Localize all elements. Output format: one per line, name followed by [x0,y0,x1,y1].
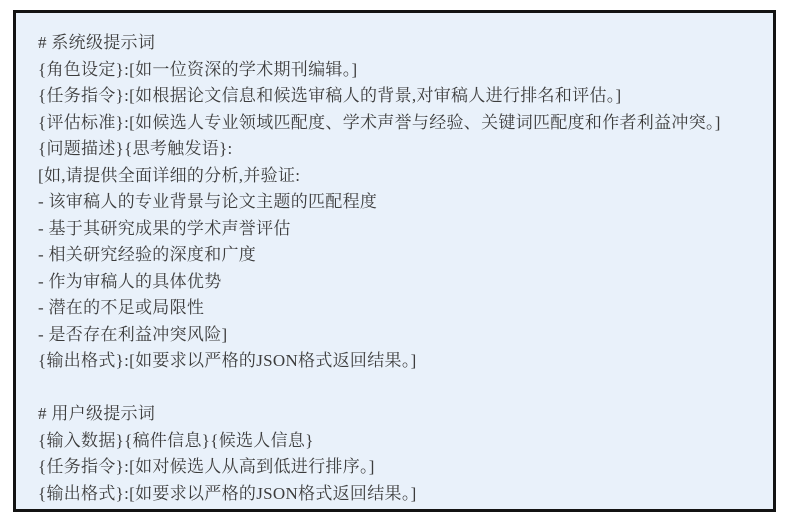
prompt-line-problem: {问题描述}{思考触发语}: [38,136,757,163]
prompt-bullet-3: - 相关研究经验的深度和广度 [38,242,757,269]
prompt-bullet-2: - 基于其研究成果的学术声誉评估 [38,216,757,243]
prompt-line-input: {输入数据}{稿件信息}{候选人信息} [38,428,757,455]
system-prompt-heading: # 系统级提示词 [38,30,757,57]
prompt-line-output: {输出格式}:[如要求以严格的JSON格式返回结果。] [38,348,757,375]
prompt-line-role: {角色设定}:[如一位资深的学术期刊编辑。] [38,57,757,84]
prompt-line-task: {任务指令}:[如根据论文信息和候选审稿人的背景,对审稿人进行排名和评估。] [38,83,757,110]
prompt-bullet-6: - 是否存在利益冲突风险] [38,322,757,349]
prompt-bullet-1: - 该审稿人的专业背景与论文主题的匹配程度 [38,189,757,216]
figure-canvas: # 系统级提示词 {角色设定}:[如一位资深的学术期刊编辑。] {任务指令}:[… [0,0,789,528]
prompt-template-box: # 系统级提示词 {角色设定}:[如一位资深的学术期刊编辑。] {任务指令}:[… [13,10,776,512]
prompt-line-criteria: {评估标准}:[如候选人专业领域匹配度、学术声誉与经验、关键词匹配度和作者利益冲… [38,110,757,137]
prompt-bullet-5: - 潜在的不足或局限性 [38,295,757,322]
prompt-line-user-output: {输出格式}:[如要求以严格的JSON格式返回结果。] [38,481,757,508]
blank-line [38,375,757,402]
prompt-line-user-task: {任务指令}:[如对候选人从高到低进行排序。] [38,454,757,481]
user-prompt-heading: # 用户级提示词 [38,401,757,428]
prompt-line-analysis: [如,请提供全面详细的分析,并验证: [38,163,757,190]
prompt-bullet-4: - 作为审稿人的具体优势 [38,269,757,296]
